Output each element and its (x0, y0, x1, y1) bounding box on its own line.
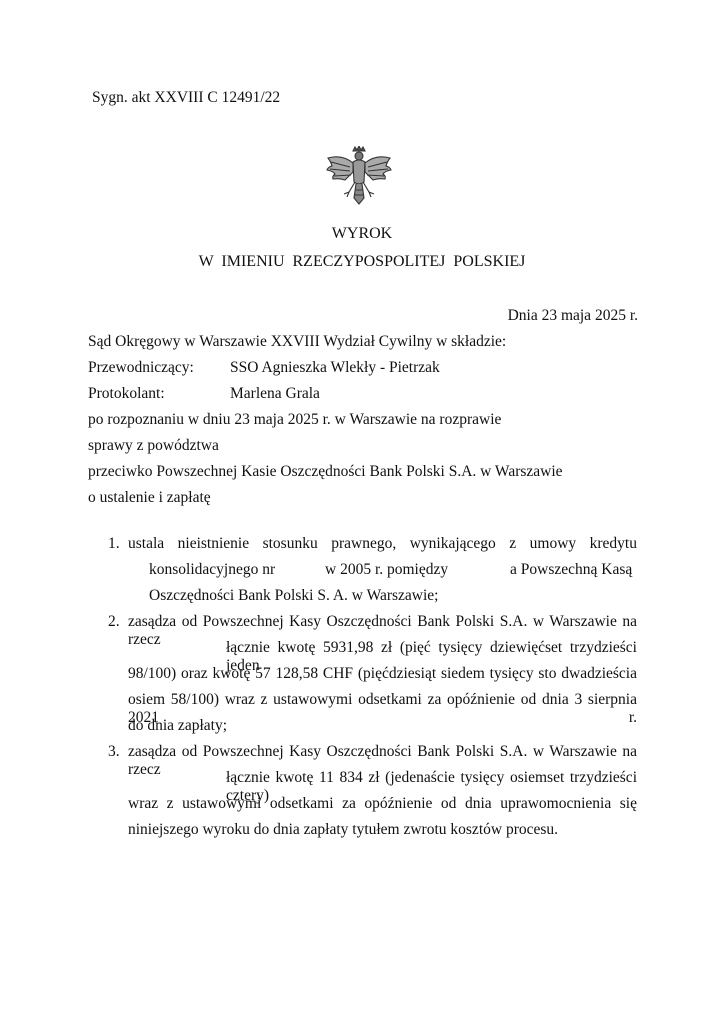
polish-eagle-emblem-icon (322, 146, 396, 208)
item-1-line: Oszczędności Bank Polski S. A. w Warszaw… (149, 587, 438, 605)
item-number: 3. (108, 743, 120, 761)
intro-line: po rozpoznaniu w dniu 23 maja 2025 r. w … (88, 411, 501, 429)
judgment-subtitle: W IMIENIU RZECZYPOSPOLITEJ POLSKIEJ (0, 253, 724, 271)
intro-line: sprawy z powództwa (88, 437, 219, 455)
item-1-line: konsolidacyjnego nr (149, 561, 275, 579)
item-number: 2. (108, 613, 120, 631)
judgment-page: Sygn. akt XXVIII C 12491/22 WYROK W IMIE… (0, 0, 724, 1024)
judgment-title: WYROK (0, 225, 724, 243)
item-1-line: w 2005 r. pomiędzy (325, 561, 448, 579)
item-2-line: do dnia zapłaty; (128, 717, 227, 735)
judgment-date: Dnia 23 maja 2025 r. (508, 307, 638, 325)
presiding-judge-name: SSO Agnieszka Wlekły - Pietrzak (230, 359, 440, 376)
presiding-judge-row: Przewodniczący:SSO Agnieszka Wlekły - Pi… (88, 359, 440, 377)
item-1-line: ustala nieistnienie stosunku prawnego, w… (128, 535, 637, 553)
clerk-name: Marlena Grala (230, 385, 320, 402)
presiding-judge-label: Przewodniczący: (88, 359, 230, 377)
item-3-line: niniejszego wyroku do dnia zapłaty tytuł… (128, 821, 558, 839)
item-3-line: wraz z ustawowymi odsetkami za opóźnieni… (128, 795, 637, 813)
clerk-label: Protokolant: (88, 385, 230, 403)
item-2-line: 98/100) oraz kwotę 57 128,58 CHF (pięćdz… (128, 665, 637, 683)
clerk-row: Protokolant:Marlena Grala (88, 385, 320, 403)
intro-line: o ustalenie i zapłatę (88, 489, 211, 507)
item-number: 1. (108, 535, 120, 553)
intro-line: przeciwko Powszechnej Kasie Oszczędności… (88, 463, 563, 481)
item-1-line: a Powszechną Kasą (510, 561, 632, 579)
case-signature: Sygn. akt XXVIII C 12491/22 (92, 89, 280, 107)
court-composition-line: Sąd Okręgowy w Warszawie XXVIII Wydział … (88, 333, 506, 351)
